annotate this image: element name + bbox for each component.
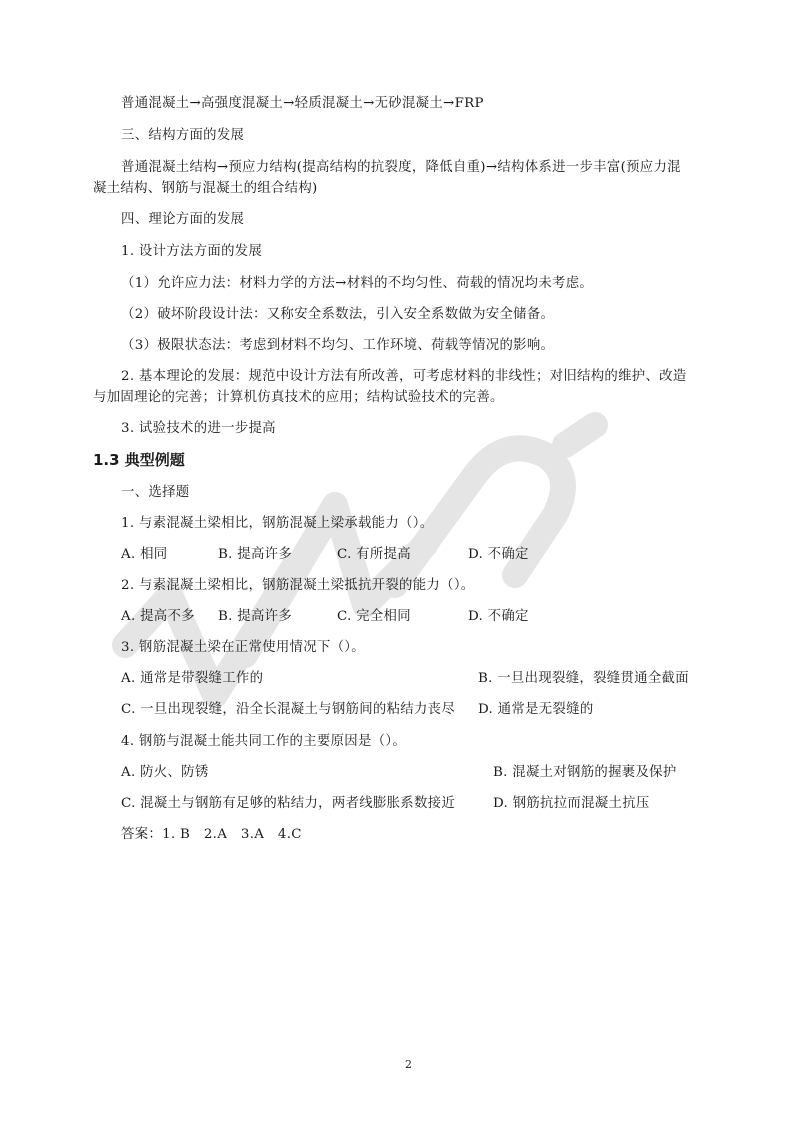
option: A. 通常是带裂缝工作的 (121, 671, 263, 687)
text-line: 1. 设计方法方面的发展 (121, 244, 262, 260)
text-line: 普通混凝土结构→预应力结构(提高结构的抗裂度，降低自重)→结构体系进一步丰富(预… (121, 160, 681, 176)
question-stem: 4. 钢筋与混凝土能共同工作的主要原因是（）。 (121, 734, 406, 750)
option: B. 提高许多 (218, 547, 292, 563)
answer-key: 答案：1. B 2.A 3.A 4.C (121, 827, 302, 843)
text-line: （3）极限状态法：考虑到材料不均匀、工作环境、荷载等情况的影响。 (121, 338, 554, 354)
text-line: 凝土结构、钢筋与混凝土的组合结构) (93, 181, 318, 197)
text-line: （2）破坏阶段设计法：又称安全系数法，引入安全系数做为安全储备。 (121, 307, 554, 323)
option: C. 完全相同 (337, 609, 411, 625)
option: C. 一旦出现裂缝，沿全长混凝土与钢筋间的粘结力丧尽 (121, 702, 455, 718)
option: B. 一旦出现裂缝，裂缝贯通全截面 (478, 671, 689, 687)
question-stem: 1. 与素混凝土梁相比，钢筋混凝上梁承载能力（）。 (121, 516, 433, 532)
section-heading: 1.3 典型例题 (93, 451, 185, 469)
text-line: 3. 试验技术的进一步提高 (121, 421, 276, 437)
option: D. 不确定 (468, 547, 529, 563)
question-stem: 3. 钢筋混凝土梁在正常使用情况下（）。 (121, 640, 365, 656)
subsection-title: 一、选择题 (121, 485, 189, 501)
text-line: 普通混凝土→高强度混凝土→轻质混凝土→无砂混凝土→FRP (121, 96, 484, 112)
option: D. 不确定 (468, 609, 529, 625)
option: C. 有所提高 (337, 547, 411, 563)
question-stem: 2. 与素混凝土梁相比，钢筋混凝土梁抵抗开裂的能力（）。 (121, 578, 475, 594)
text-line: （1）允许应力法：材料力学的方法→材料的不均匀性、荷载的情况均未考虑。 (121, 276, 593, 292)
text-line: 与加固理论的完善；计算机仿真技术的应用；结构试验技术的完善。 (93, 390, 504, 406)
option: A. 防火、防锈 (121, 765, 209, 781)
text-line: 2. 基本理论的发展：规范中设计方法有所改善，可考虑材料的非线性；对旧结构的维护… (121, 369, 687, 385)
page-number: 2 (405, 1058, 412, 1071)
option: D. 通常是无裂缝的 (478, 702, 594, 718)
option: A. 提高不多 (121, 609, 195, 625)
text-line: 四、理论方面的发展 (121, 212, 244, 228)
option: A. 相同 (121, 547, 167, 563)
option: B. 混凝土对钢筋的握裹及保护 (493, 765, 677, 781)
option: B. 提高许多 (218, 609, 292, 625)
option: C. 混凝土与钢筋有足够的粘结力，两者线膨胀系数接近 (121, 796, 455, 812)
text-line: 三、结构方面的发展 (121, 128, 244, 144)
option: D. 钢筋抗拉而混凝土抗压 (493, 796, 650, 812)
